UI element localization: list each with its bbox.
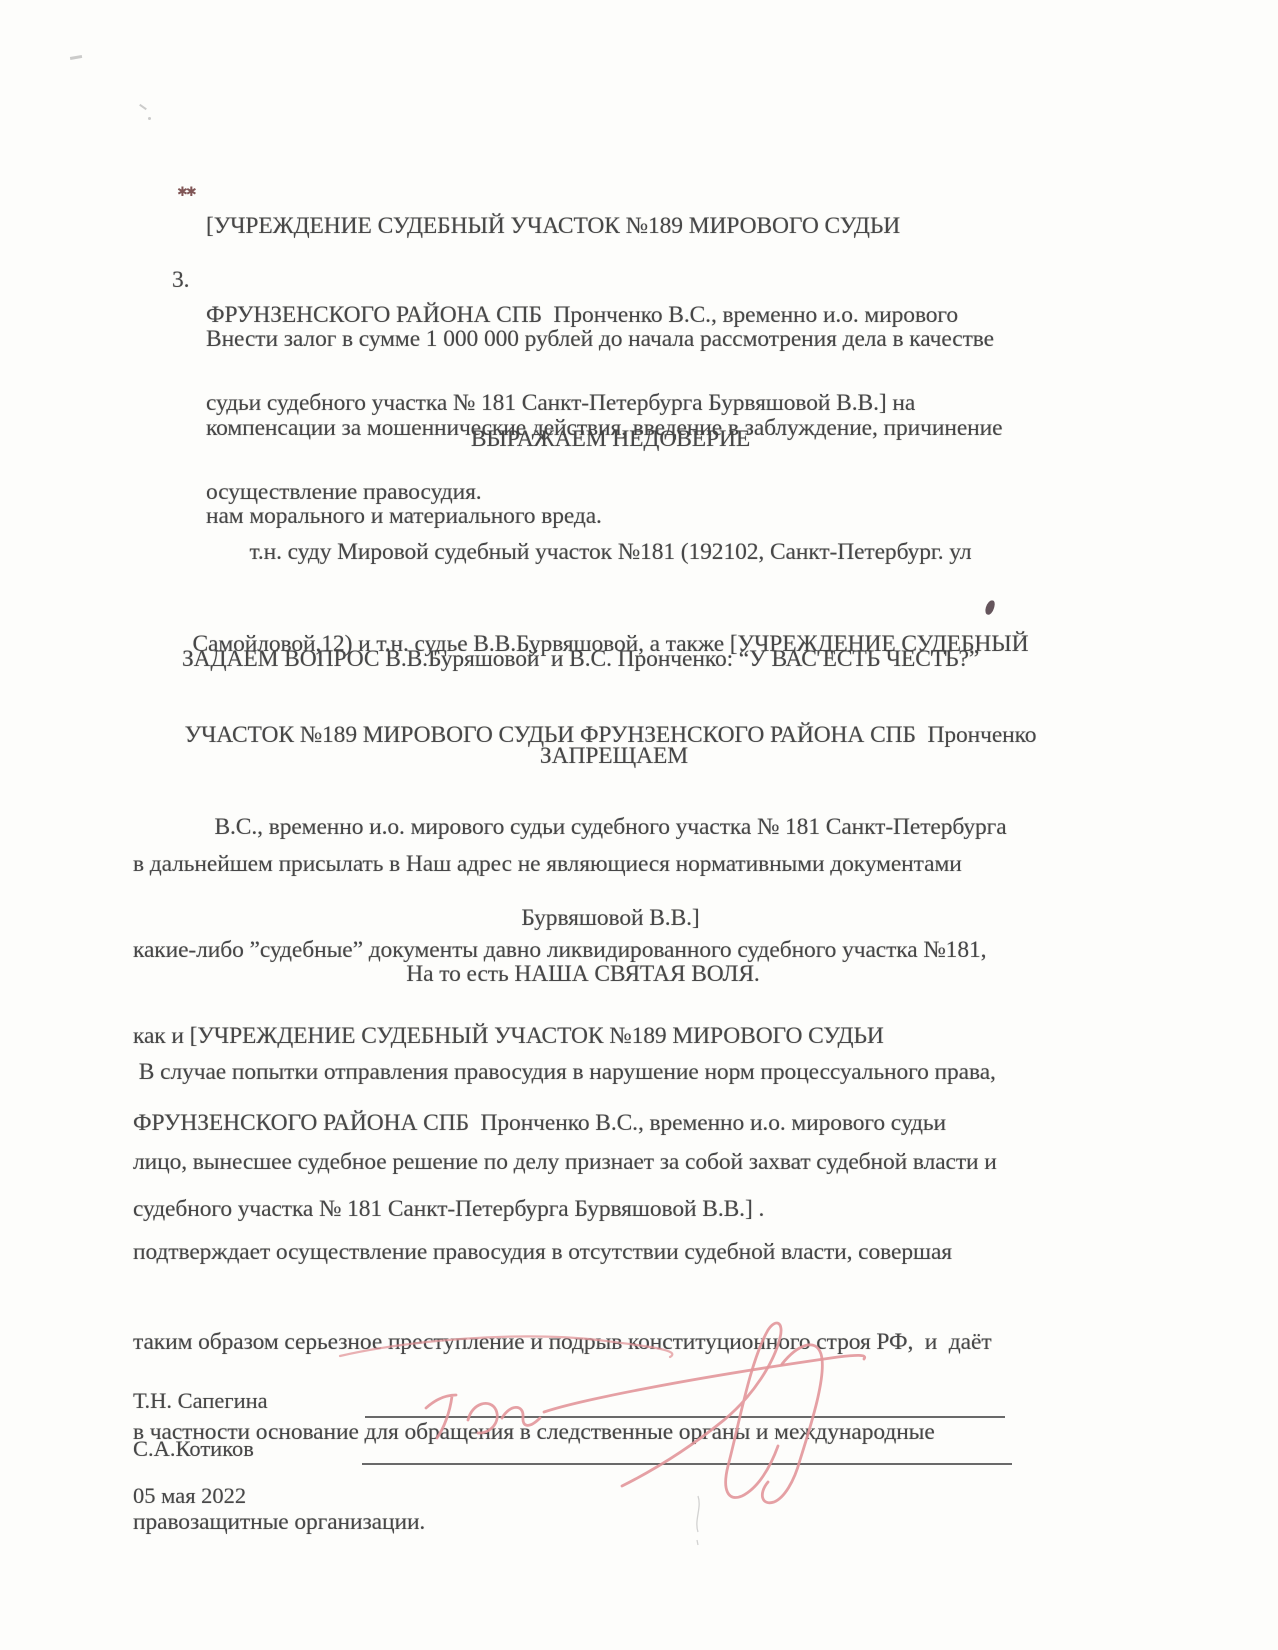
signature-date: 05 мая 2022 — [133, 1483, 246, 1509]
section-heading-distrust: ВЫРАЖАЕМ НЕДОВЕРИЕ — [133, 425, 1088, 455]
signature-stroke — [468, 1403, 497, 1433]
question-line: ЗАДАЕМ ВОПРОС В.В.Буряшовой и В.С. Пронч… — [182, 645, 979, 675]
signature-stroke — [502, 1355, 865, 1425]
paragraph-line: лицо, вынесшее судебное решение по делу … — [133, 1147, 997, 1177]
signature-stroke — [622, 1323, 781, 1498]
paragraph-line: в дальнейшем присылать в Наш адрес не яв… — [133, 850, 986, 879]
volya-line: На то есть НАША СВЯТАЯ ВОЛЯ. — [133, 960, 1033, 990]
paragraph-line: В случае попытки отправления правосудия … — [133, 1057, 997, 1087]
paragraph-line: [УЧРЕЖДЕНИЕ СУДЕБНЫЙ УЧАСТОК №189 МИРОВО… — [206, 212, 958, 242]
document-page: [УЧРЕЖДЕНИЕ СУДЕБНЫЙ УЧАСТОК №189 МИРОВО… — [0, 0, 1278, 1650]
list-item-number: 3. — [172, 266, 189, 296]
signature-stroke — [762, 1345, 822, 1503]
scan-speck — [148, 117, 151, 120]
paragraph-line: Внести залог в сумме 1 000 000 рублей до… — [206, 325, 1002, 355]
signer-name: Т.Н. Сапегина — [133, 1388, 268, 1414]
paragraph-line: т.н. суду Мировой судебный участок №181 … — [133, 537, 1088, 568]
scan-speck — [70, 55, 82, 60]
handwritten-signatures-ink — [330, 1300, 1010, 1520]
signature-stroke — [426, 1395, 456, 1438]
scan-speck — [139, 104, 147, 110]
handwritten-margin-mark: ✱✱ — [177, 184, 195, 200]
paragraph-line: подтверждает осуществление правосудия в … — [133, 1237, 997, 1267]
section-heading-prohibit: ЗАПРЕЩАЕМ — [133, 742, 1095, 772]
signer-name: С.А.Котиков — [133, 1436, 254, 1462]
signature-stroke — [340, 1336, 672, 1357]
scan-squiggle-artifact — [690, 1494, 706, 1550]
